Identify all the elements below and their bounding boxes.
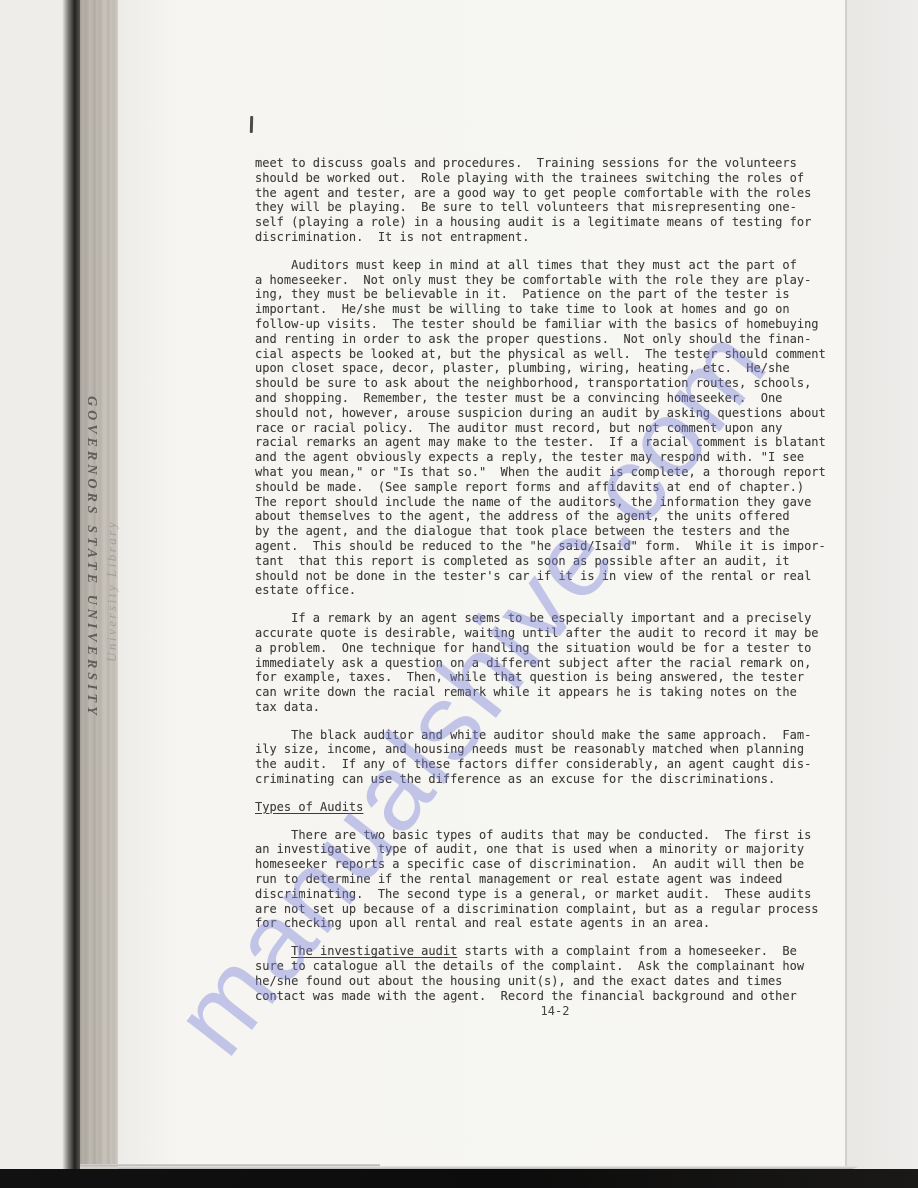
section-heading: Types of Audits: [255, 800, 855, 815]
library-stamp-library-name: University Library: [104, 520, 120, 662]
paragraph: There are two basic types of audits that…: [255, 828, 855, 932]
stray-ink-mark: [250, 116, 253, 133]
adjacent-page-background: [845, 0, 918, 1188]
paragraph: meet to discuss goals and procedures. Tr…: [255, 156, 855, 245]
book-spine-gap: [62, 0, 80, 1188]
paragraph: Auditors must keep in mind at all times …: [255, 258, 855, 598]
paragraph: The investigative audit starts with a co…: [255, 944, 855, 1003]
typewritten-text: meet to discuss goals and procedures. Tr…: [255, 156, 855, 1016]
scanned-page: GOVERNORS STATE UNIVERSITY University Li…: [0, 0, 918, 1188]
paragraph: The black auditor and white auditor shou…: [255, 728, 855, 787]
page-number: 14-2: [255, 1004, 855, 1018]
library-stamp-university-name: GOVERNORS STATE UNIVERSITY: [83, 396, 99, 719]
scan-bottom-border: [0, 1169, 918, 1188]
paragraph: If a remark by an agent seems to be espe…: [255, 611, 855, 715]
